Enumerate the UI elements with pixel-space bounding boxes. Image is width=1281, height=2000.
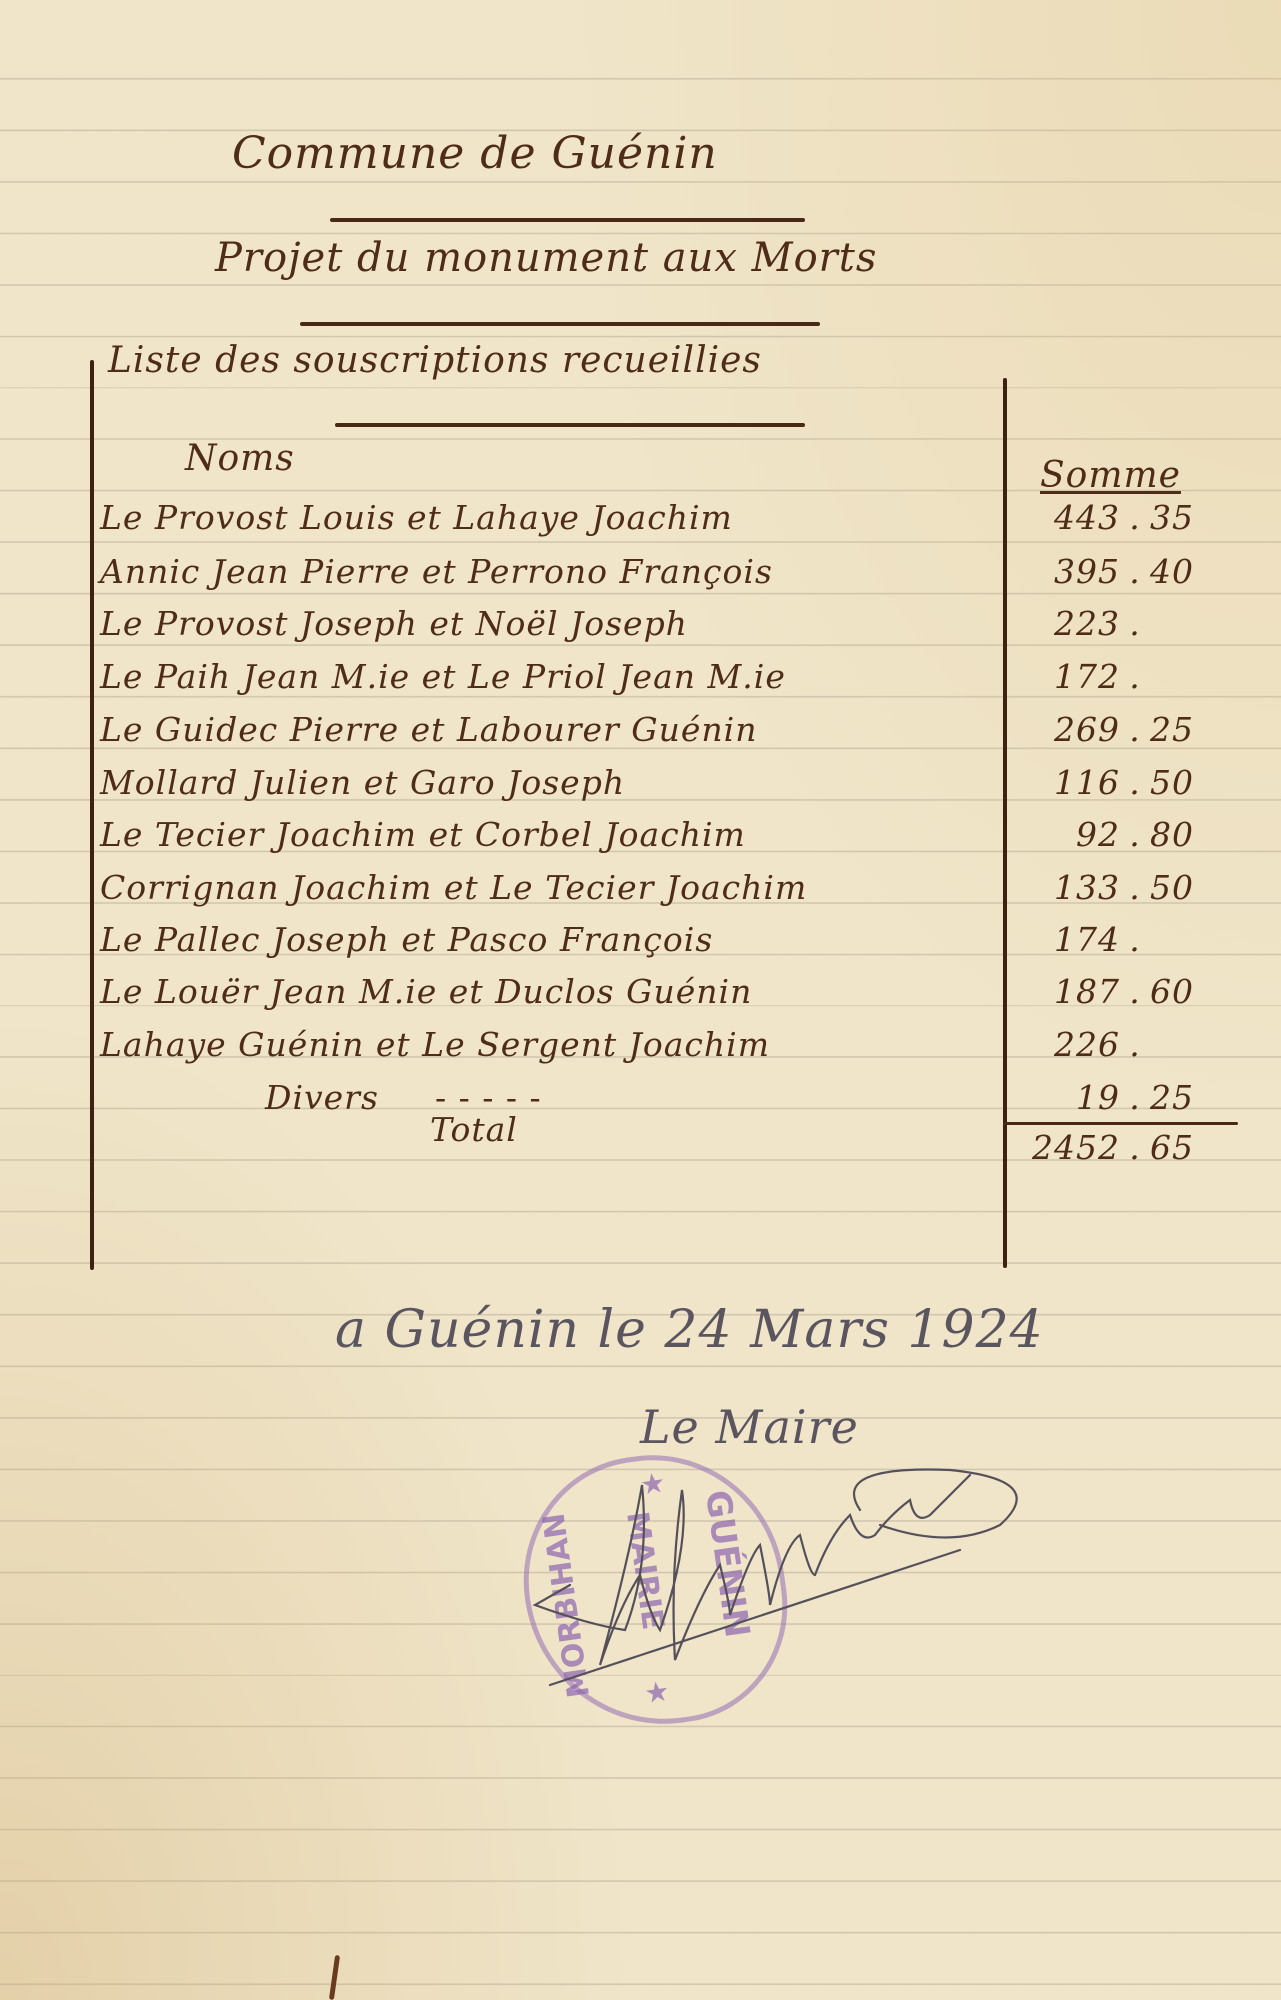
subscription-amount: 172.	[1040, 657, 1230, 696]
column-header-amount: Somme	[1040, 455, 1181, 496]
subscriber-name: Annic Jean Pierre et Perrono François	[100, 552, 773, 591]
amount-integer: 443	[1040, 498, 1120, 537]
decimal-point: .	[1120, 552, 1150, 591]
decimal-point: .	[1120, 604, 1150, 643]
amount-integer: 133	[1040, 868, 1120, 907]
decimal-point: .	[1120, 710, 1150, 749]
subscriber-name: Le Tecier Joachim et Corbel Joachim	[100, 815, 746, 854]
amount-decimal: 60	[1150, 972, 1210, 1011]
decimal-point: .	[1120, 1128, 1150, 1167]
list-title: Liste des souscriptions recueillies	[108, 340, 762, 381]
amount-integer: 187	[1040, 972, 1120, 1011]
divers-amount: 19.25	[1040, 1078, 1230, 1117]
decimal-point: .	[1120, 498, 1150, 537]
table-left-border	[90, 360, 94, 1270]
place-and-date: a Guénin le 24 Mars 1924	[335, 1300, 1044, 1360]
amount-decimal: 25	[1150, 1078, 1210, 1117]
amount-integer: 2452	[1025, 1128, 1120, 1167]
subscription-amount: 226.	[1040, 1025, 1230, 1064]
mayor-signature	[530, 1455, 1090, 1695]
subscriber-name: Le Paih Jean M.ie et Le Priol Jean M.ie	[100, 657, 786, 696]
subscription-amount: 187.60	[1040, 972, 1230, 1011]
subscription-amount: 223.	[1040, 604, 1230, 643]
header-rule-2	[300, 322, 820, 326]
column-header-names: Noms	[185, 438, 295, 479]
total-label: Total	[430, 1110, 518, 1149]
decimal-point: .	[1120, 657, 1150, 696]
amount-decimal: 50	[1150, 868, 1210, 907]
total-amount: 2452.65	[1025, 1128, 1215, 1167]
amount-integer: 223	[1040, 604, 1120, 643]
subscriber-name: Lahaye Guénin et Le Sergent Joachim	[100, 1025, 770, 1064]
subscription-amount: 174.	[1040, 920, 1230, 959]
decimal-point: .	[1120, 1078, 1150, 1117]
signatory-title: Le Maire	[640, 1400, 859, 1454]
decimal-point: .	[1120, 972, 1150, 1011]
amount-integer: 92	[1040, 815, 1120, 854]
amount-integer: 226	[1040, 1025, 1120, 1064]
amount-integer: 172	[1040, 657, 1120, 696]
subscriber-name: Le Louër Jean M.ie et Duclos Guénin	[100, 972, 752, 1011]
total-rule	[1003, 1122, 1238, 1125]
amount-decimal: 80	[1150, 815, 1210, 854]
amount-integer: 174	[1040, 920, 1120, 959]
project-title: Projet du monument aux Morts	[215, 235, 877, 281]
subscription-amount: 116.50	[1040, 763, 1230, 802]
divers-label: Divers	[265, 1078, 379, 1117]
decimal-point: .	[1120, 868, 1150, 907]
subscription-amount: 269.25	[1040, 710, 1230, 749]
amount-integer: 269	[1040, 710, 1120, 749]
subscriber-name: Corrignan Joachim et Le Tecier Joachim	[100, 868, 807, 907]
amount-decimal: 35	[1150, 498, 1210, 537]
subscription-amount: 133.50	[1040, 868, 1230, 907]
table-column-divider	[1003, 378, 1007, 1268]
subscriber-name: Le Provost Louis et Lahaye Joachim	[100, 498, 733, 537]
decimal-point: .	[1120, 763, 1150, 802]
decimal-point: .	[1120, 920, 1150, 959]
header-rule-3	[335, 423, 805, 427]
subscription-amount: 92.80	[1040, 815, 1230, 854]
amount-integer: 395	[1040, 552, 1120, 591]
amount-decimal: 25	[1150, 710, 1210, 749]
amount-decimal: 65	[1150, 1128, 1210, 1167]
subscriber-name: Le Guidec Pierre et Labourer Guénin	[100, 710, 757, 749]
commune-title: Commune de Guénin	[232, 128, 718, 179]
header-rule-1	[330, 218, 805, 222]
subscriber-name: Mollard Julien et Garo Joseph	[100, 763, 625, 802]
amount-integer: 116	[1040, 763, 1120, 802]
subscriber-name: Le Pallec Joseph et Pasco François	[100, 920, 713, 959]
amount-decimal: 40	[1150, 552, 1210, 591]
subscription-amount: 395.40	[1040, 552, 1230, 591]
subscription-amount: 443.35	[1040, 498, 1230, 537]
decimal-point: .	[1120, 815, 1150, 854]
subscriber-name: Le Provost Joseph et Noël Joseph	[100, 604, 688, 643]
document-page: Commune de Guénin Projet du monument aux…	[0, 0, 1281, 2000]
decimal-point: .	[1120, 1025, 1150, 1064]
amount-integer: 19	[1040, 1078, 1120, 1117]
ink-mark	[329, 1955, 340, 2000]
amount-decimal: 50	[1150, 763, 1210, 802]
